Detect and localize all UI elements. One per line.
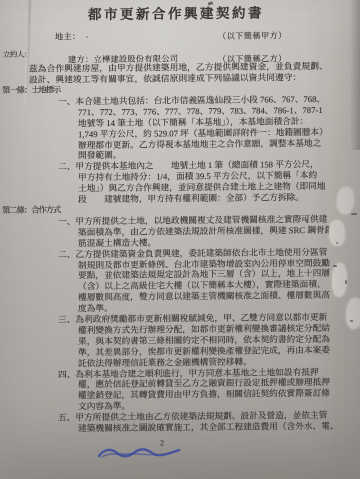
page-title: 都市更新合作興建契約書 [0,1,352,24]
pen-mark [333,265,337,267]
landowner-label: 地主： [55,31,80,42]
contract-item: 二、甲方提供本基地內之 地號土地 1 筆（總面積 158 平方公尺，甲方持有土地… [78,159,354,205]
blue-ink-scribble [96,445,182,462]
whiteout-mark [345,297,360,329]
pen-mark [305,219,308,222]
photographed-contract-page: { "document": { "title": "都市更新合作興建契約書", … [0,0,360,479]
pen-mark [86,36,88,38]
contract-item: 二、乙方提供建築資金負責興建，委託建築師依台北市土地使用分區管制規則及都市更新條… [78,246,354,314]
pen-mark [345,280,347,284]
contract-body: 第一條：土地標示一、本合建土地共包括：台北市信義區逸仙段三小段 766、767、… [0,83,354,435]
contract-item: 四、為利本基地合建之順利進行，甲方同意本基地之土地如設有抵押權，應於信託登記前轉… [78,366,354,412]
contract-item: 三、為利政府獎勵都市更新相關稅賦減免，甲、乙雙方同意以都市更新權利變換方式先行辦… [78,312,354,369]
contract-line: 建築機關核准之圖說確實施工，其全部工程建造費用（含外水、電、 [78,421,354,435]
pen-mark [350,320,353,322]
contract-item: 一、甲方所提供之土地，以地政機關複丈及建管機關核准之實際可供建築面積為準，由乙方… [78,213,354,248]
pen-mark [351,213,357,215]
contract-text-layer: 都市更新合作興建契約書 地主： （以下簡稱甲方） 立約人： 建方：立樺建設股份有… [0,0,360,479]
preamble: 茲為合作興建房屋，由甲方提供建築用地，乙方提供興建資金，並負責規劃、設計、興建竣… [29,61,328,86]
contract-item: 一、本合建土地共包括：台北市信義區逸仙段三小段 766、767、768、771、… [78,94,354,162]
landowner-alias: （以下簡稱甲方） [218,30,287,42]
contract-item: 五、甲方所提供之土地由乙方依建築法規規劃、設計及營造，並依主管建築機關核准之圖說… [78,410,354,434]
pen-mark [336,242,338,244]
signatory-label: 立約人： [3,49,31,60]
paper-background: 都市更新合作興建契約書 地主： （以下簡稱甲方） 立約人： 建方：立樺建設股份有… [0,0,360,479]
